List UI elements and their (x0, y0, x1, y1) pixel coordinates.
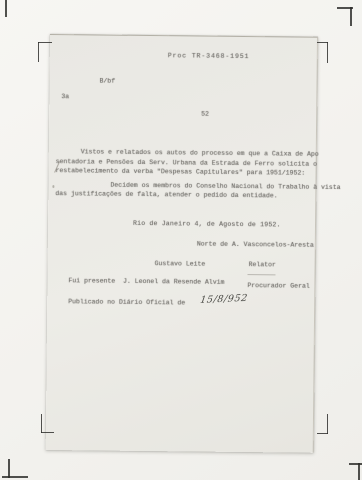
presence-line: Fui presente J. Leonel da Resende Alvim (68, 277, 224, 287)
presence-role: Procurador Geral (247, 282, 310, 291)
outer-crop-mark-top-left-v (5, 0, 7, 17)
margin-speck (52, 185, 54, 188)
inner-bracket-top-left-v (38, 42, 39, 62)
ref-code: B/bf (99, 78, 115, 86)
inner-bracket-bottom-right-v (327, 414, 328, 434)
outer-crop-mark-top-right-v (350, 7, 352, 26)
outer-crop-mark-bottom-right-h (349, 463, 362, 465)
inner-bracket-bottom-left-v (41, 414, 42, 433)
photo-backdrop: Proc TR-3468-1951 B/bf 3a 52 Vistos e re… (0, 0, 362, 480)
paragraph2-line2: das justificações de falta, atender o pe… (55, 190, 277, 200)
margin-note: 3a (61, 93, 69, 101)
inner-bracket-top-right-v (327, 42, 328, 63)
signature-relator-name: Gustavo Leite (155, 260, 206, 269)
paragraph1-line3: restabelecimento da verba "Despesas Capi… (56, 167, 306, 178)
document-page: Proc TR-3468-1951 B/bf 3a 52 Vistos e re… (46, 34, 318, 453)
signature-president: Norte de A. Vasconcelos-Aresta (197, 241, 314, 250)
signature-relator-role: Relator (249, 261, 276, 269)
proc-number: Proc TR-3468-1951 (168, 52, 250, 61)
publication-label: Publicado no Diário Oficial de (68, 298, 185, 307)
outer-crop-mark-bottom-left-h (2, 476, 28, 478)
typewritten-layer: Proc TR-3468-1951 B/bf 3a 52 Vistos e re… (46, 35, 317, 453)
inner-bracket-bottom-right-h (317, 433, 328, 434)
page-number: 52 (201, 111, 209, 119)
smudge-mark (247, 274, 275, 275)
inner-bracket-top-left-h (38, 42, 52, 43)
date-line: Rio de Janeiro 4, de Agosto de 1952. (133, 220, 281, 230)
inner-bracket-bottom-left-h (41, 432, 54, 433)
outer-crop-mark-bottom-right-v (358, 463, 360, 480)
publication-date-handwritten: 15/8/952 (200, 293, 249, 306)
